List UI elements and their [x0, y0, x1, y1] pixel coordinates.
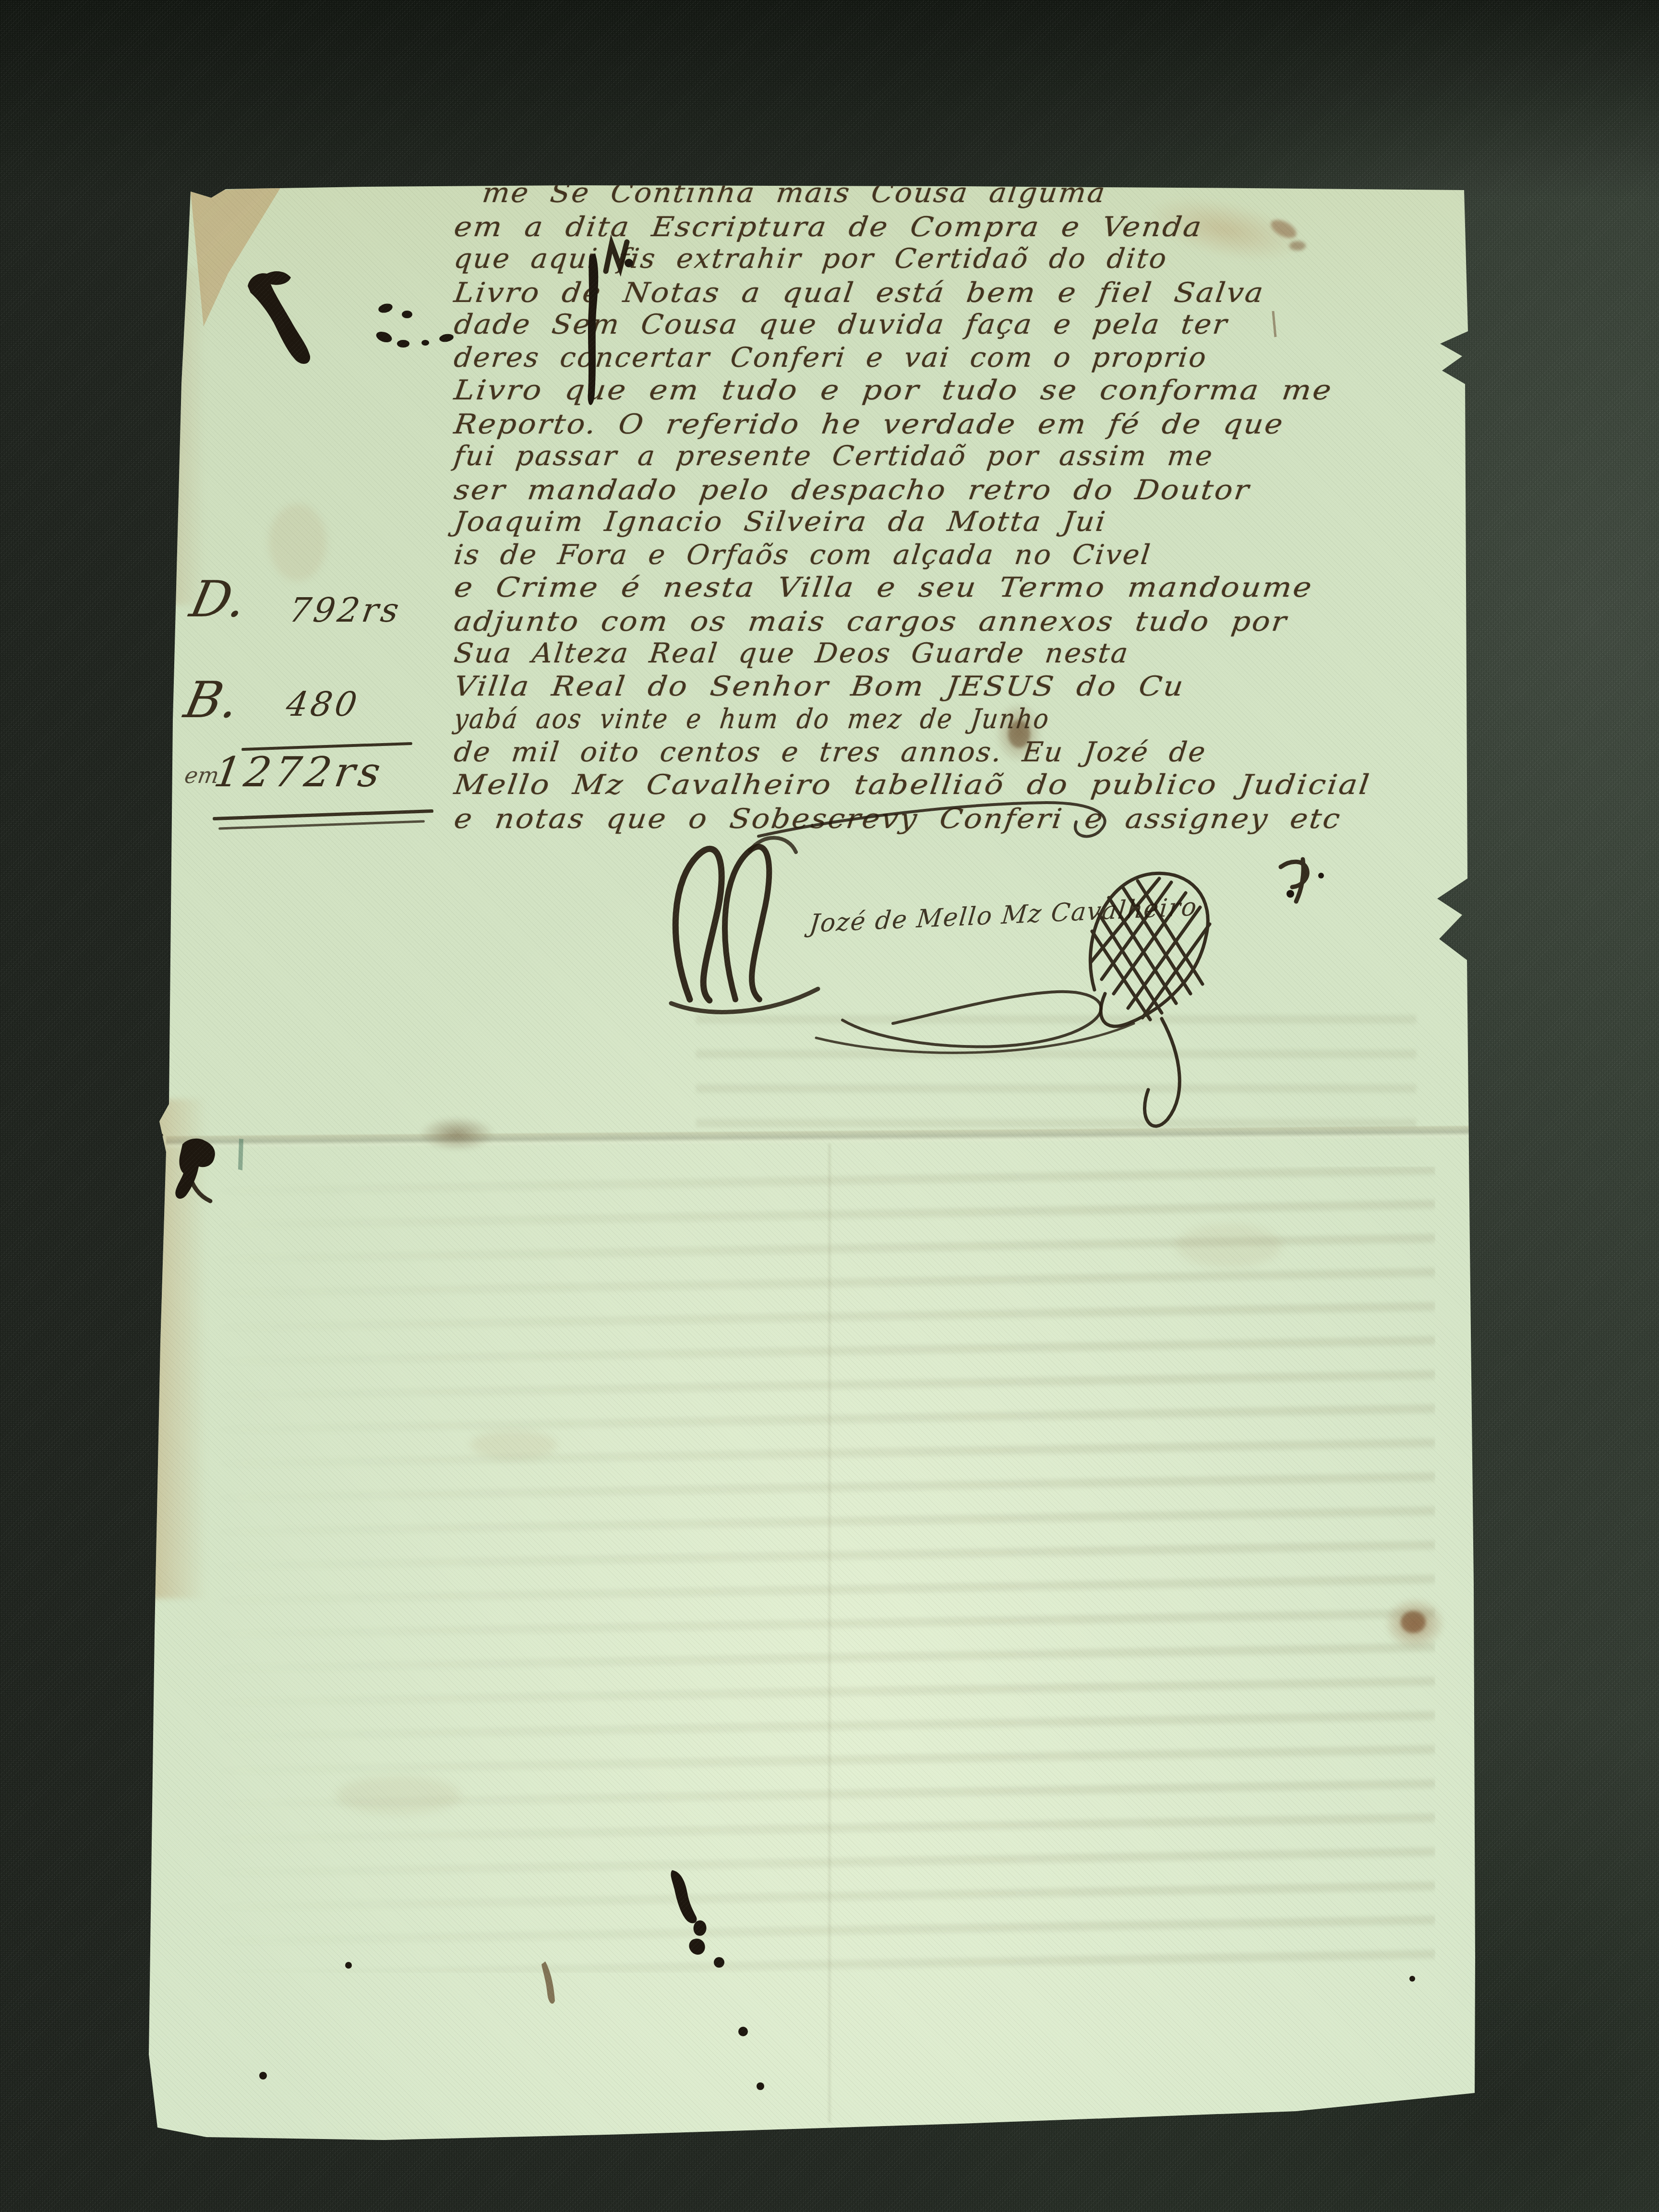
ink-dot [625, 259, 633, 267]
heavy-n-mark [606, 242, 627, 271]
ink-dot [1409, 1976, 1415, 1982]
stray-flourish-right [1281, 859, 1307, 902]
ink-drip-bottom-3 [689, 1938, 705, 1955]
end-of-text-flourish [758, 803, 1105, 836]
signature-underline-oval [842, 992, 1101, 1047]
ink-dot [1286, 890, 1294, 898]
rust-thin-line [1273, 311, 1275, 337]
ink-drip-vertical [588, 253, 599, 405]
ink-drip-bottom-2 [694, 1920, 707, 1935]
ink-dot [421, 340, 429, 346]
ink-dot [757, 2082, 764, 2090]
manuscript-page: me Se Continha mais Cousa alguma em a di… [0, 0, 1659, 2212]
signature-underline-sweep [816, 1023, 1134, 1053]
ink-dot [377, 302, 394, 314]
ink-dot [397, 340, 409, 348]
signature-initial-base [671, 989, 818, 1012]
ink-dot [439, 333, 454, 343]
signature-lattice [1090, 873, 1210, 1126]
signature-initial-hook [750, 838, 796, 852]
signature-initial-loop-1 [675, 849, 721, 1000]
ink-marks [0, 0, 1659, 2212]
ink-dot [259, 2072, 267, 2080]
ink-blot-large [248, 271, 310, 364]
ink-dot [738, 2027, 748, 2036]
ink-drip-bottom-1 [671, 1870, 697, 1923]
brown-streak [541, 1961, 555, 2004]
signature-initial-loop-2 [725, 847, 769, 999]
ink-dot [1318, 873, 1324, 878]
ink-dot [375, 330, 394, 344]
ink-dot [345, 1962, 352, 1969]
ink-dot [402, 311, 412, 318]
teal-streak [238, 1139, 243, 1170]
ink-dot [714, 1957, 724, 1968]
